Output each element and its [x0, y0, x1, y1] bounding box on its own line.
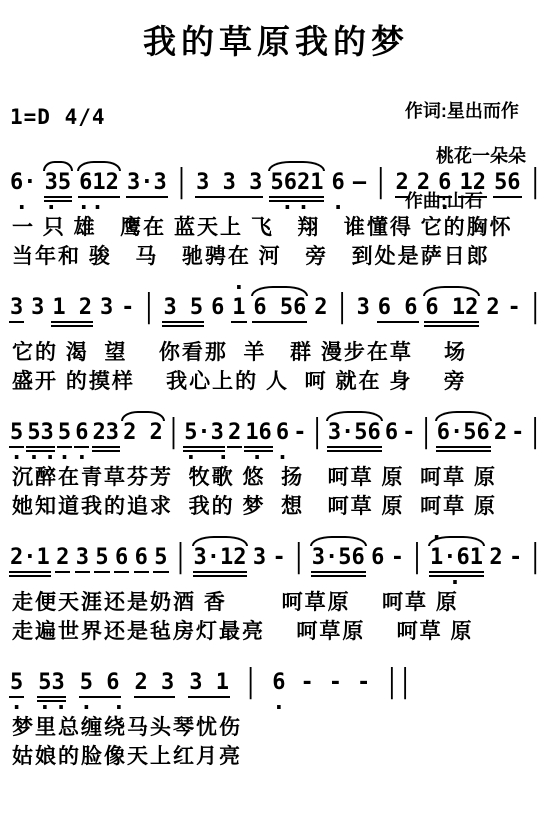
beam-line	[193, 571, 248, 573]
beam-line	[195, 196, 263, 198]
note-group: 6·	[438, 172, 451, 194]
sheet-music-page: 我的草原我的梦 1=D 4/4 作词:星出而作 桃花一朵朵 作曲:山石 6··3…	[0, 0, 552, 815]
low-octave-dots: ··	[27, 454, 54, 464]
beam-line	[75, 571, 90, 573]
note-group: 3	[100, 297, 113, 319]
lyric-line: 当年和 骏 马 驰骋在 河 旁 到处是萨日郎	[6, 242, 546, 271]
note-group: 5	[154, 547, 167, 569]
score: 6··35· ·612·3·3|3 3 35621··6·—|226·1256|…	[0, 155, 552, 771]
beam-line	[424, 321, 479, 323]
low-octave-dots: · ·	[80, 704, 120, 714]
note-group: 35· ·	[45, 172, 72, 194]
note-group: 612·	[79, 172, 119, 194]
lyric-line: 姑娘的脸像天上红月亮	[6, 742, 546, 771]
note-group: 6·	[272, 672, 285, 694]
beam-line	[55, 571, 70, 573]
note-group: 5·3· ·	[184, 422, 224, 444]
note-group: 5621··	[270, 172, 323, 194]
lyric-line: 走便天涯还是奶酒 香 呵草原 呵草 原	[6, 588, 546, 617]
note-group: 2	[56, 547, 69, 569]
barline: |	[529, 167, 542, 199]
low-octave-dots: ·	[10, 204, 37, 214]
note-group: -	[357, 672, 370, 694]
note-group: -	[272, 547, 285, 569]
beam-line	[94, 571, 109, 573]
slur-arc	[428, 536, 485, 546]
note-group: 6 12	[425, 297, 478, 319]
slur-arc	[251, 286, 308, 296]
music-line-3: 5·53··5·6·232 2|5·3· ·216·6·-|3·566-|6·5…	[6, 409, 546, 463]
note-group: 1·61··	[430, 547, 483, 569]
beam-line	[126, 196, 168, 198]
slur-arc	[121, 411, 165, 421]
system-2: 331 23-|3 561·6 562|36 66 122-|它的 渴 望 你看…	[6, 284, 546, 396]
beam-line	[377, 321, 419, 323]
note-group: 6·	[276, 422, 289, 444]
beam-line	[227, 446, 242, 448]
note-group: 53··	[38, 672, 65, 694]
barline: |	[374, 167, 387, 199]
low-octave-dots: ·	[430, 579, 483, 589]
beam-line	[9, 321, 24, 323]
beam-line	[311, 571, 366, 573]
beam-line	[231, 321, 246, 323]
lyric-line: 盛开 的摸样 我心上的 人 呵 就在 身 旁	[6, 367, 546, 396]
barline: |	[244, 667, 257, 699]
note-group: 6	[385, 422, 398, 444]
note-group: —	[353, 172, 366, 194]
slur-arc	[423, 286, 480, 296]
beam-line	[114, 571, 129, 573]
low-octave-dots: ·	[245, 454, 272, 464]
low-octave-dots: · ·	[184, 454, 224, 464]
beam-line	[436, 446, 491, 448]
note-group: 2	[489, 547, 502, 569]
beam-line	[436, 450, 491, 452]
note-group: 2	[396, 172, 409, 194]
note-group: -	[511, 422, 524, 444]
note-group: 3·3	[127, 172, 167, 194]
system-4: 2·1235665|3·123-|3·566-|1·61··2-|走便天涯还是奶…	[6, 534, 546, 646]
beam-line	[9, 575, 51, 577]
system-3: 5·53··5·6·232 2|5·3· ·216·6·-|3·566-|6·5…	[6, 409, 546, 521]
note-group: 6 6	[378, 297, 418, 319]
note-group: 5·	[10, 422, 23, 444]
note-group: 2	[417, 172, 430, 194]
low-octave-dots: ·	[332, 204, 345, 214]
note-group: 3	[253, 547, 266, 569]
note-group: 6	[371, 547, 384, 569]
note-group: 2 2	[123, 422, 163, 444]
music-line-2: 331 23-|3 561·6 562|36 66 122-|	[6, 284, 546, 338]
barline: |	[142, 292, 155, 324]
note-group: 56	[494, 172, 521, 194]
low-octave-dots: ·	[272, 704, 285, 714]
barline: |	[175, 167, 188, 199]
note-group: 23	[93, 422, 120, 444]
note-group: 3·12	[194, 547, 247, 569]
beam-line	[193, 575, 248, 577]
barline: |	[529, 292, 542, 324]
note-group: 6·	[75, 422, 88, 444]
beam-line	[188, 696, 230, 698]
note-group: 6	[135, 547, 148, 569]
note-group: 6·56	[437, 422, 490, 444]
beam-line	[162, 321, 204, 323]
barline: |	[167, 417, 180, 449]
note-group: 3 1	[189, 672, 229, 694]
high-octave-dot: ·	[232, 284, 245, 294]
slur-arc	[43, 161, 74, 171]
beam-line	[395, 196, 410, 198]
note-group: 5·	[10, 672, 23, 694]
barline: |	[292, 542, 305, 574]
note-group: 3	[357, 297, 370, 319]
low-octave-dots: ··	[270, 204, 323, 214]
song-title: 我的草原我的梦	[0, 0, 552, 63]
note-group: 53··	[27, 422, 54, 444]
note-group: -	[329, 672, 342, 694]
beam-line	[493, 196, 522, 198]
slur-arc	[435, 411, 492, 421]
slur-arc	[326, 411, 383, 421]
beam-line	[51, 325, 93, 327]
note-group: -	[391, 547, 404, 569]
note-group: -	[402, 422, 415, 444]
score-header: 1=D 4/4 作词:星出而作 桃花一朵朵 作曲:山石	[0, 63, 552, 155]
beam-line	[9, 571, 51, 573]
note-group: 6 56	[253, 297, 306, 319]
beam-line	[134, 571, 149, 573]
note-group: -	[293, 422, 306, 444]
note-group: 6	[115, 547, 128, 569]
slur-arc	[77, 161, 121, 171]
note-group: 3	[76, 547, 89, 569]
barline: ||	[385, 667, 412, 699]
note-group: 5 6· ·	[80, 672, 120, 694]
note-group: 2	[314, 297, 327, 319]
beam-line	[92, 446, 121, 448]
note-group: -	[509, 547, 522, 569]
note-group: 5·	[58, 422, 71, 444]
beam-line	[458, 196, 487, 198]
note-group: 3	[10, 297, 23, 319]
beam-line	[311, 575, 366, 577]
low-octave-dots: ··	[38, 704, 65, 714]
note-group: 2·1	[10, 547, 50, 569]
note-group: 1 2	[52, 297, 92, 319]
low-octave-dots: ·	[75, 454, 88, 464]
low-octave-dots: ·	[10, 704, 23, 714]
low-octave-dots: · ·	[45, 204, 72, 214]
low-octave-dots: ·	[276, 454, 289, 464]
note-group: 12	[459, 172, 486, 194]
low-octave-dots: ·	[438, 204, 451, 214]
slur-arc	[192, 536, 249, 546]
barline: |	[529, 542, 542, 574]
slur-arc	[310, 536, 367, 546]
key-signature: 1=D 4/4	[10, 105, 106, 129]
note-group: 2	[494, 422, 507, 444]
note-group: 16·	[245, 422, 272, 444]
music-line-5: 5·53··5 6· ·2 33 1|6·---||	[6, 659, 546, 713]
low-octave-dots: ·	[58, 454, 71, 464]
beam-line	[134, 696, 176, 698]
lyric-line: 它的 渴 望 你看那 羊 群 漫步在草 场	[6, 338, 546, 367]
music-line-4: 2·1235665|3·123-|3·566-|1·61··2-|	[6, 534, 546, 588]
beam-line	[424, 325, 479, 327]
note-group: 6	[211, 297, 224, 319]
note-group: 5	[95, 547, 108, 569]
lyric-line: 她知道我的追求 我的 梦 想 呵草 原 呵草 原	[6, 492, 546, 521]
note-group: 3 3 3	[196, 172, 262, 194]
lyric-line: 走遍世界还是毡房灯最亮 呵草原 呵草 原	[6, 617, 546, 646]
note-group: 2 3	[135, 672, 175, 694]
note-group: 3·56	[328, 422, 381, 444]
lyricist-credit: 作词:星出而作	[405, 101, 519, 121]
lyricist-credit-line2: 桃花一朵朵	[375, 145, 526, 168]
note-group: 2	[228, 422, 241, 444]
beam-line	[162, 325, 204, 327]
beam-line	[92, 450, 121, 452]
barline: |	[335, 292, 348, 324]
note-group: 2	[486, 297, 499, 319]
note-group: 3	[31, 297, 44, 319]
note-group: 3·56	[312, 547, 365, 569]
low-octave-dots: ·	[79, 204, 119, 214]
note-group: 1·	[232, 297, 245, 319]
barline: |	[410, 542, 423, 574]
beam-line	[51, 321, 93, 323]
system-5: 5·53··5 6· ·2 33 1|6·---||梦里总缠绕马头琴忧伤姑娘的脸…	[6, 659, 546, 771]
barline: |	[174, 542, 187, 574]
note-group: 6·	[332, 172, 345, 194]
barline: |	[311, 417, 324, 449]
note-group: -	[121, 297, 134, 319]
note-group: -	[301, 672, 314, 694]
note-group: 6··	[10, 172, 37, 194]
note-group: 3 5	[163, 297, 203, 319]
barline: |	[528, 417, 541, 449]
low-octave-dots: ·	[10, 454, 23, 464]
beam-line	[252, 321, 307, 323]
note-group: -	[507, 297, 520, 319]
barline: |	[419, 417, 432, 449]
beam-line	[153, 571, 168, 573]
slur-arc	[268, 161, 325, 171]
beam-line	[327, 450, 382, 452]
beam-line	[327, 446, 382, 448]
